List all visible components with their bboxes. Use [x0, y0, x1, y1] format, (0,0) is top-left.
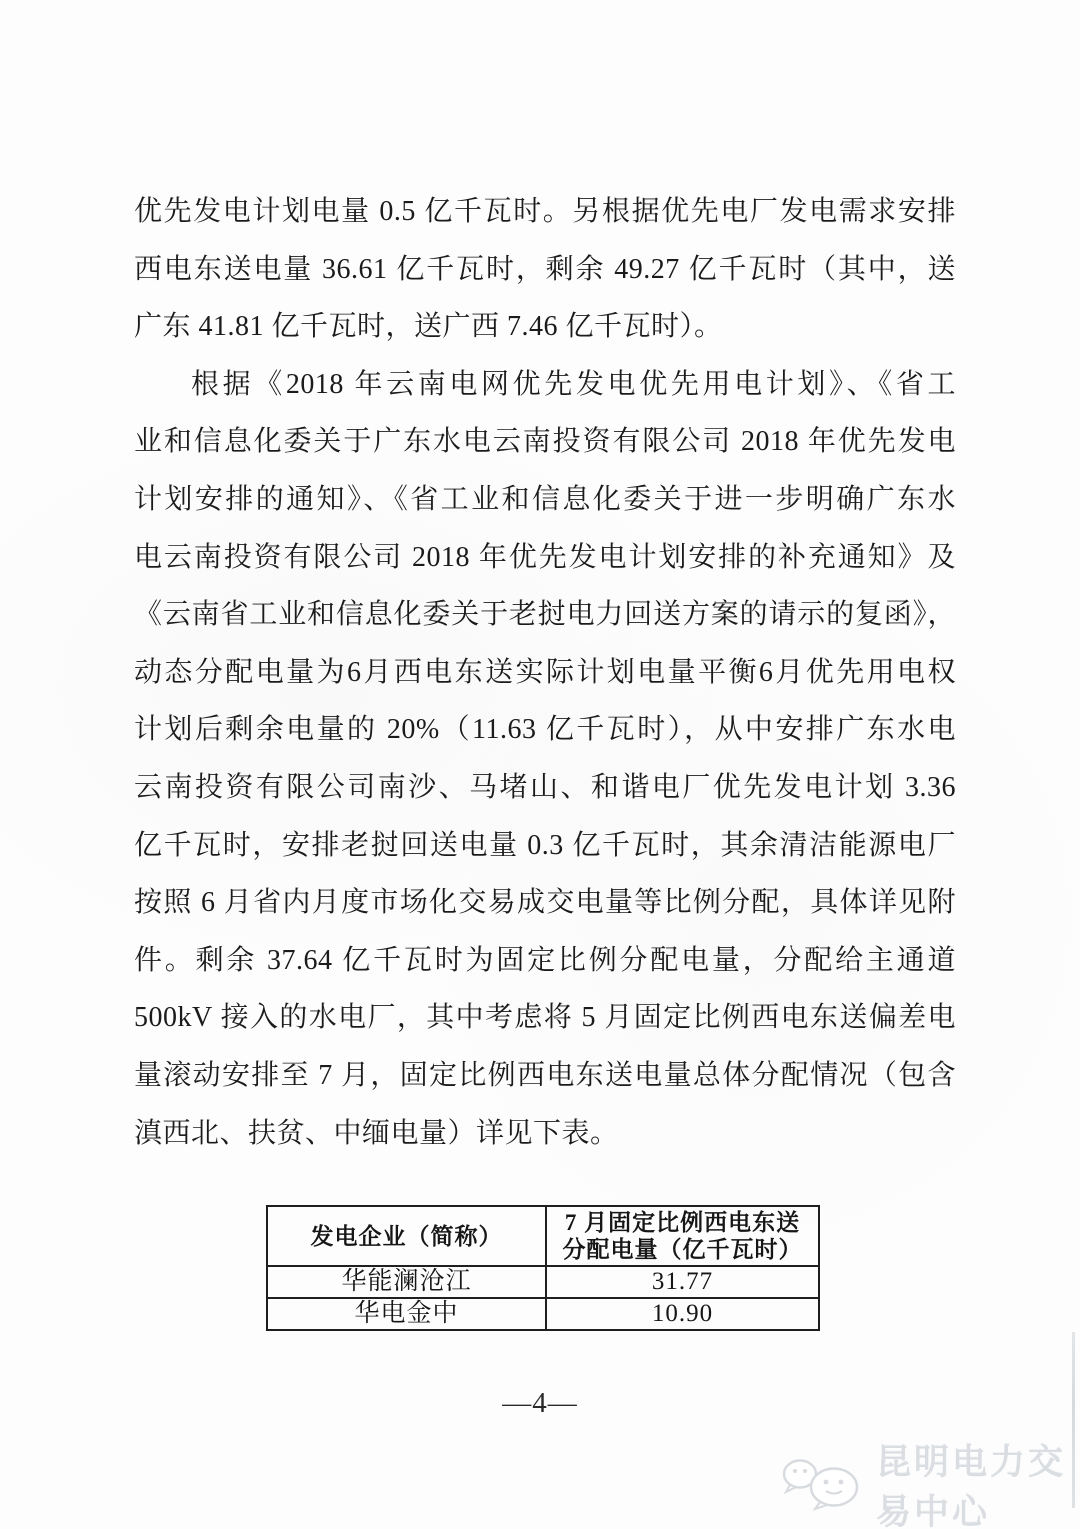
- company-cell: 华电金中: [267, 1298, 546, 1330]
- table-row: 华能澜沧江31.77: [267, 1266, 819, 1298]
- allocation-header-cell: 7 月固定比例西电东送 分配电量（亿千瓦时）: [546, 1206, 819, 1266]
- text-line: 500kV 接入的水电厂，其中考虑将 5 月固定比例西电东送偏差电: [134, 989, 956, 1047]
- table-row: 华电金中10.90: [267, 1298, 819, 1330]
- text-line: 计划后剩余电量的 20%（11.63 亿千瓦时），从中安排广东水电: [134, 701, 956, 759]
- scan-artifact-line: [1072, 1332, 1075, 1508]
- page-number: —4—: [0, 1387, 1080, 1420]
- allocation-table: 发电企业（简称） 7 月固定比例西电东送 分配电量（亿千瓦时） 华能澜沧江31.…: [266, 1205, 820, 1331]
- allocation-table-header: 发电企业（简称） 7 月固定比例西电东送 分配电量（亿千瓦时）: [267, 1206, 819, 1266]
- text-line: 西电东送电量 36.61 亿千瓦时，剩余 49.27 亿千瓦时（其中，送: [134, 241, 956, 299]
- text-line: 广东 41.81 亿千瓦时，送广西 7.46 亿千瓦时）。: [134, 298, 956, 356]
- text-line: 云南投资有限公司南沙、马堵山、和谐电厂优先发电计划 3.36: [134, 759, 956, 817]
- company-cell: 华能澜沧江: [267, 1266, 546, 1298]
- value-cell: 31.77: [546, 1266, 819, 1298]
- brand-watermark: 昆明电力交易中心: [780, 1456, 1080, 1514]
- table-header-row: 发电企业（简称） 7 月固定比例西电东送 分配电量（亿千瓦时）: [267, 1206, 819, 1266]
- text-line: 电云南投资有限公司 2018 年优先发电计划安排的补充通知》及: [134, 529, 956, 587]
- text-line: 《云南省工业和信息化委关于老挝电力回送方案的请示的复函》，: [134, 586, 956, 644]
- text-line: 业和信息化委关于广东水电云南投资有限公司 2018 年优先发电: [134, 413, 956, 471]
- text-line: 动态分配电量为6月西电东送实际计划电量平衡6月优先用电权: [134, 644, 956, 702]
- brand-name: 昆明电力交易中心: [876, 1435, 1080, 1529]
- allocation-table-body: 华能澜沧江31.77华电金中10.90: [267, 1266, 819, 1330]
- company-header-cell: 发电企业（简称）: [267, 1206, 546, 1266]
- value-cell: 10.90: [546, 1298, 819, 1330]
- text-line: 件。剩余 37.64 亿千瓦时为固定比例分配电量，分配给主通道: [134, 932, 956, 990]
- text-line: 按照 6 月省内月度市场化交易成交电量等比例分配，具体详见附: [134, 874, 956, 932]
- document-page: 优先发电计划电量 0.5 亿千瓦时。另根据优先电厂发电需求安排西电东送电量 36…: [0, 0, 1080, 1529]
- text-line: 优先发电计划电量 0.5 亿千瓦时。另根据优先电厂发电需求安排: [134, 183, 956, 241]
- body-text: 优先发电计划电量 0.5 亿千瓦时。另根据优先电厂发电需求安排西电东送电量 36…: [134, 183, 956, 1162]
- text-line: 亿千瓦时，安排老挝回送电量 0.3 亿千瓦时，其余清洁能源电厂: [134, 817, 956, 875]
- wechat-logo-icon: [780, 1454, 864, 1517]
- text-line: 计划安排的通知》、《省工业和信息化委关于进一步明确广东水: [134, 471, 956, 529]
- text-line: 根据《2018 年云南电网优先发电优先用电计划》、《省工: [134, 356, 956, 414]
- text-line: 滇西北、扶贫、中缅电量）详见下表。: [134, 1105, 956, 1163]
- text-line: 量滚动安排至 7 月，固定比例西电东送电量总体分配情况（包含: [134, 1047, 956, 1105]
